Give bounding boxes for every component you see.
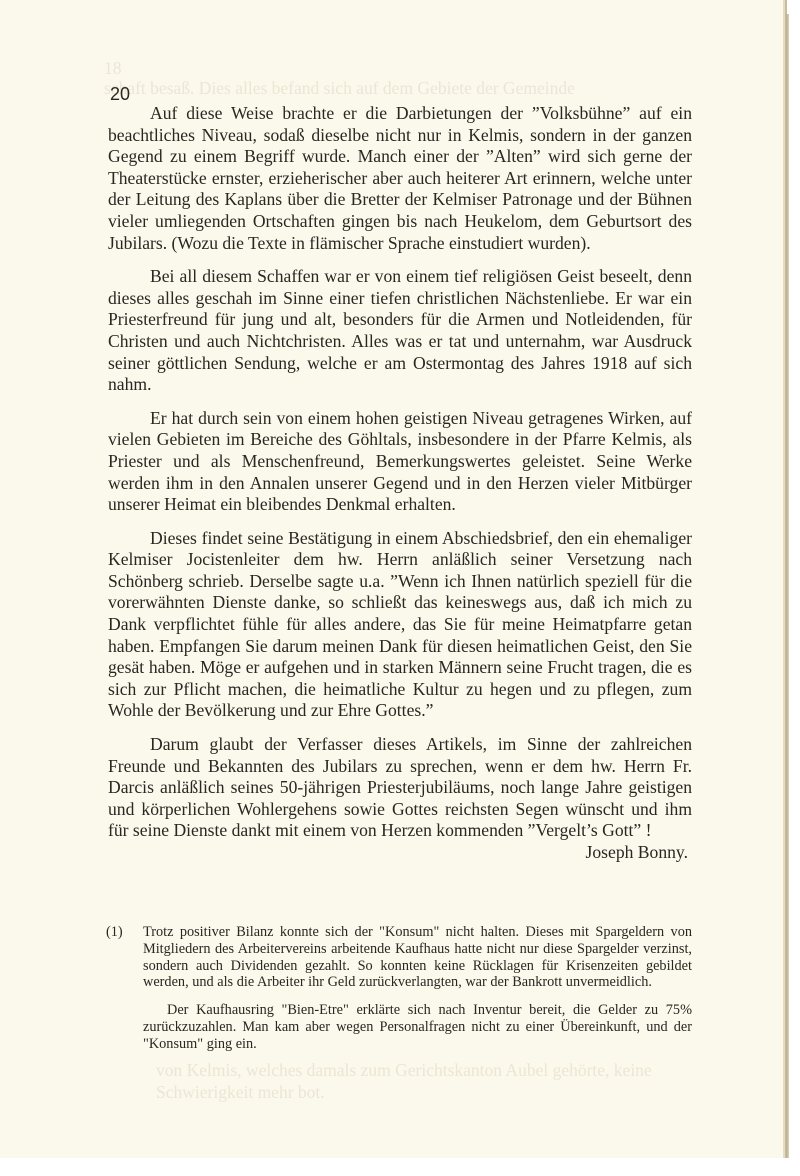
book-page: 18 schaft besaß. Dies alles befand sich … [0,0,787,1158]
page-edge [786,14,789,1158]
paragraph: Dieses findet seine Bestätigung in einem… [108,528,692,722]
footnotes: (1) Trotz positiver Bilanz konnte sich d… [106,924,692,1075]
footnote-paragraph: Der Kaufhausring "Bien-Etre" erklärte si… [143,1002,692,1052]
footnote-paragraph: Trotz positiver Bilanz konnte sich der "… [143,924,692,991]
paragraph: Darum glaubt der Verfasser dieses Artike… [108,734,692,842]
paragraph: Bei all diesem Schaffen war er von einem… [108,266,692,396]
article-body: Auf diese Weise brachte er die Darbietun… [108,103,692,864]
bleed-through-text: schaft besaß. Dies alles befand sich auf… [104,78,575,100]
footnote-body: Trotz positiver Bilanz konnte sich der "… [143,924,692,1064]
bleed-through-page-number: 18 [104,58,122,80]
paragraph: Auf diese Weise brachte er die Darbietun… [108,103,692,254]
page-number: 20 [110,84,130,105]
author-signature: Joseph Bonny. [108,842,692,864]
footnote-marker: (1) [106,924,143,1064]
paragraph: Er hat durch sein von einem hohen geisti… [108,408,692,516]
footnote: (1) Trotz positiver Bilanz konnte sich d… [106,924,692,1064]
bleed-through-text: Schwierigkeit mehr bot. [156,1082,325,1104]
